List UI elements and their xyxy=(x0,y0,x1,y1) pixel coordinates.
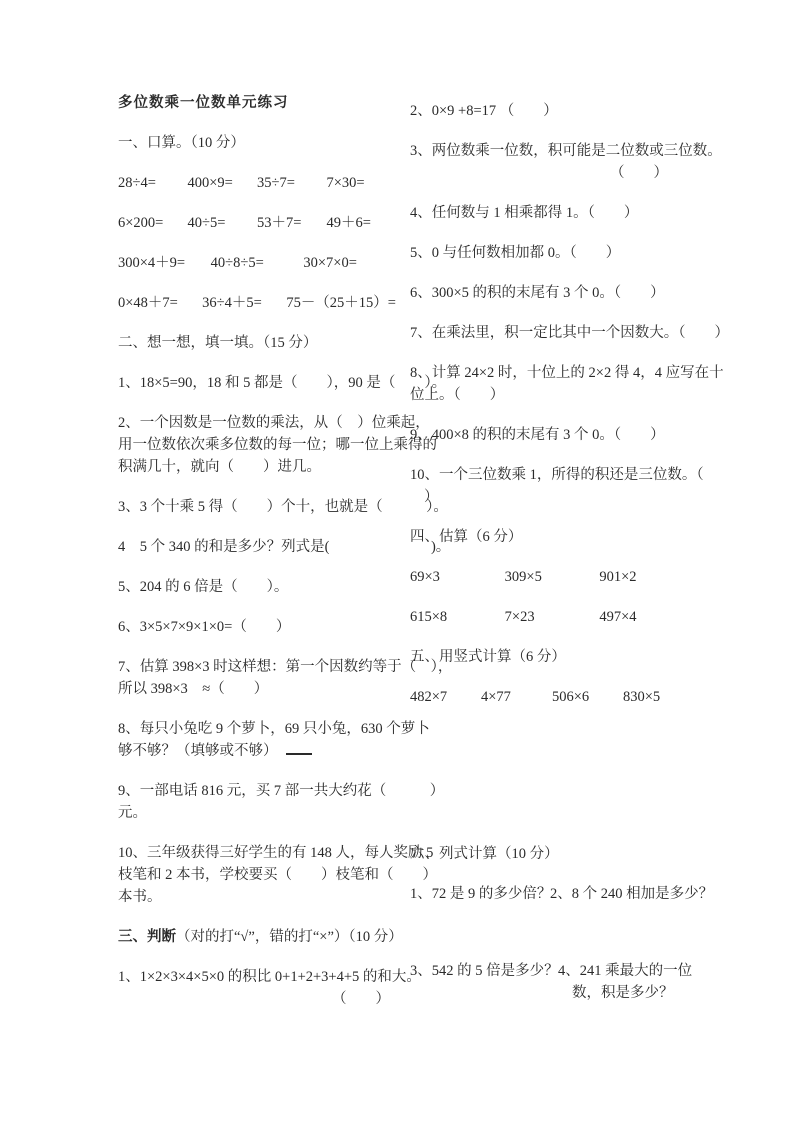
question-line: 2、一个因数是一位数的乘法，从（ ）位乘起， xyxy=(118,412,396,434)
calc-row: 28÷4=400×9=35÷7=7×30= xyxy=(118,172,396,194)
question-line: 10、一个三位数乘 1，所得的积还是三位数。（ xyxy=(410,464,694,486)
calc-row: 69×3309×5901×2 xyxy=(410,566,694,588)
question-continuation: 够不够？（填够或不够） xyxy=(118,740,396,762)
question-line: 7、在乘法里，积一定比其中一个因数大。（ ） xyxy=(410,322,694,344)
calc-row: 300×4＋9=40÷8÷5=30×7×0= xyxy=(118,252,396,274)
question-pair-line: 3、542 的 5 倍是多少？4、241 乘最大的一位 xyxy=(410,960,694,982)
question-line: 3、3 个十乘 5 得（ ）个十，也就是（ ）。 xyxy=(118,496,396,518)
section-heading-bold: 三、判断 xyxy=(118,929,176,945)
question-text: 1、72 是 9 的多少倍？ xyxy=(410,886,551,902)
math-expression: 75－（25＋15）= xyxy=(286,292,396,314)
question-continuation: 本书。 xyxy=(118,886,396,908)
question-line: 6、3×5×7×9×1×0=（ ） xyxy=(118,616,396,638)
math-expression: 7×23 xyxy=(505,606,600,628)
answer-blank-line xyxy=(286,750,312,755)
math-expression: 901×2 xyxy=(599,566,694,588)
question-continuation: 位上。（ ） xyxy=(410,384,694,406)
math-expression: 482×7 xyxy=(410,686,481,708)
section-heading: 二、想一想，填一填。（15 分） xyxy=(118,332,396,354)
worksheet-page: 多位数乘一位数单元练习一、口算。（10 分）28÷4=400×9=35÷7=7×… xyxy=(0,0,793,1122)
math-expression: 830×5 xyxy=(623,686,694,708)
math-expression: 30×7×0= xyxy=(303,252,396,274)
question-line: 5、0 与任何数相加都 0。（ ） xyxy=(410,242,694,264)
question-continuation: 积满几十，就向（ ）进几。 xyxy=(118,456,396,478)
math-expression: 506×6 xyxy=(552,686,623,708)
math-expression: 40÷8÷5= xyxy=(211,252,304,274)
question-line: 4 5 个 340 的和是多少？列式是( )。 xyxy=(118,536,396,558)
section-heading: 一、口算。（10 分） xyxy=(118,132,396,154)
question-line: 6、300×5 的积的末尾有 3 个 0。（ ） xyxy=(410,282,694,304)
question-text: 4、241 乘最大的一位 xyxy=(558,960,692,982)
math-expression: 28÷4= xyxy=(118,172,188,194)
math-expression: 4×77 xyxy=(481,686,552,708)
question-text: 2、8 个 240 相加是多少？ xyxy=(550,883,713,905)
question-continuation: 元。 xyxy=(118,802,396,824)
section-heading: 三、判断（对的打“√”，错的打“×”）（10 分） xyxy=(118,926,396,948)
section-heading-rest: （对的打“√”，错的打“×”）（10 分） xyxy=(176,929,403,945)
section-heading: 六、列式计算（10 分） xyxy=(410,843,694,865)
calc-row: 482×74×77506×6830×5 xyxy=(410,686,694,708)
math-expression: 49＋6= xyxy=(327,212,397,234)
calc-row: 0×48＋7=36÷4＋5=75－（25＋15）= xyxy=(118,292,396,314)
section-heading: 五、用竖式计算（6 分） xyxy=(410,646,694,668)
math-expression: 400×9= xyxy=(188,172,258,194)
calc-row: 615×87×23497×4 xyxy=(410,606,694,628)
question-continuation: 用一位数依次乘多位数的每一位；哪一位上乘得的 xyxy=(118,434,396,456)
math-expression: 35÷7= xyxy=(257,172,327,194)
question-line: 9、一部电话 816 元，买 7 部一共大约花（ ） xyxy=(118,780,396,802)
question-line: 8、每只小兔吃 9 个萝卜，69 只小兔，630 个萝卜 xyxy=(118,718,396,740)
calc-row: 6×200=40÷5=53＋7=49＋6= xyxy=(118,212,396,234)
math-expression: 0×48＋7= xyxy=(118,292,202,314)
question-line: 5、204 的 6 倍是（ ）。 xyxy=(118,576,396,598)
section-heading: 四、估算（6 分） xyxy=(410,526,694,548)
worksheet-title: 多位数乘一位数单元练习 xyxy=(118,92,396,114)
worksheet-right-column: 2、0×9 +8=17 （ ）3、两位数乘一位数，积可能是二位数或三位数。（ ）… xyxy=(410,100,694,1004)
question-line: 1、1×2×3×4×5×0 的积比 0+1+2+3+4+5 的和大。 xyxy=(118,966,396,988)
question-line: 1、18×5=90，18 和 5 都是（ ），90 是（ ）。 xyxy=(118,372,396,394)
math-expression: 36÷4＋5= xyxy=(202,292,286,314)
question-line: 7、估算 398×3 时这样想：第一个因数约等于（ ）， xyxy=(118,656,396,678)
math-expression: 6×200= xyxy=(118,212,188,234)
math-expression: 69×3 xyxy=(410,566,505,588)
question-continuation: 枝笔和 2 本书，学校要买（ ）枝笔和（ ） xyxy=(118,864,396,886)
math-expression: 7×30= xyxy=(327,172,397,194)
math-expression: 300×4＋9= xyxy=(118,252,211,274)
answer-parentheses: （ ） xyxy=(410,162,694,184)
question-continuation: 数，积是多少？ xyxy=(410,982,694,1004)
math-expression: 497×4 xyxy=(599,606,694,628)
question-text: 3、542 的 5 倍是多少？ xyxy=(410,963,559,979)
question-line: 9、400×8 的积的末尾有 3 个 0。（ ） xyxy=(410,424,694,446)
question-continuation: 所以 398×3 ≈（ ） xyxy=(118,678,396,700)
question-line: 2、0×9 +8=17 （ ） xyxy=(410,100,694,122)
answer-parentheses: （ ） xyxy=(118,988,396,1010)
math-expression: 40÷5= xyxy=(188,212,258,234)
question-line: 10、三年级获得三好学生的有 148 人，每人奖励 5 xyxy=(118,842,396,864)
math-expression: 615×8 xyxy=(410,606,505,628)
question-line: 8、计算 24×2 时，十位上的 2×2 得 4，4 应写在十 xyxy=(410,362,694,384)
math-expression: 309×5 xyxy=(505,566,600,588)
question-continuation: ） xyxy=(410,486,694,508)
question-pair-line: 1、72 是 9 的多少倍？2、8 个 240 相加是多少？ xyxy=(410,883,694,905)
question-line: 3、两位数乘一位数，积可能是二位数或三位数。 xyxy=(410,140,694,162)
worksheet-left-column: 多位数乘一位数单元练习一、口算。（10 分）28÷4=400×9=35÷7=7×… xyxy=(118,92,396,1010)
question-text: 够不够？（填够或不够） xyxy=(118,743,278,759)
math-expression: 53＋7= xyxy=(257,212,327,234)
question-line: 4、任何数与 1 相乘都得 1。（ ） xyxy=(410,202,694,224)
